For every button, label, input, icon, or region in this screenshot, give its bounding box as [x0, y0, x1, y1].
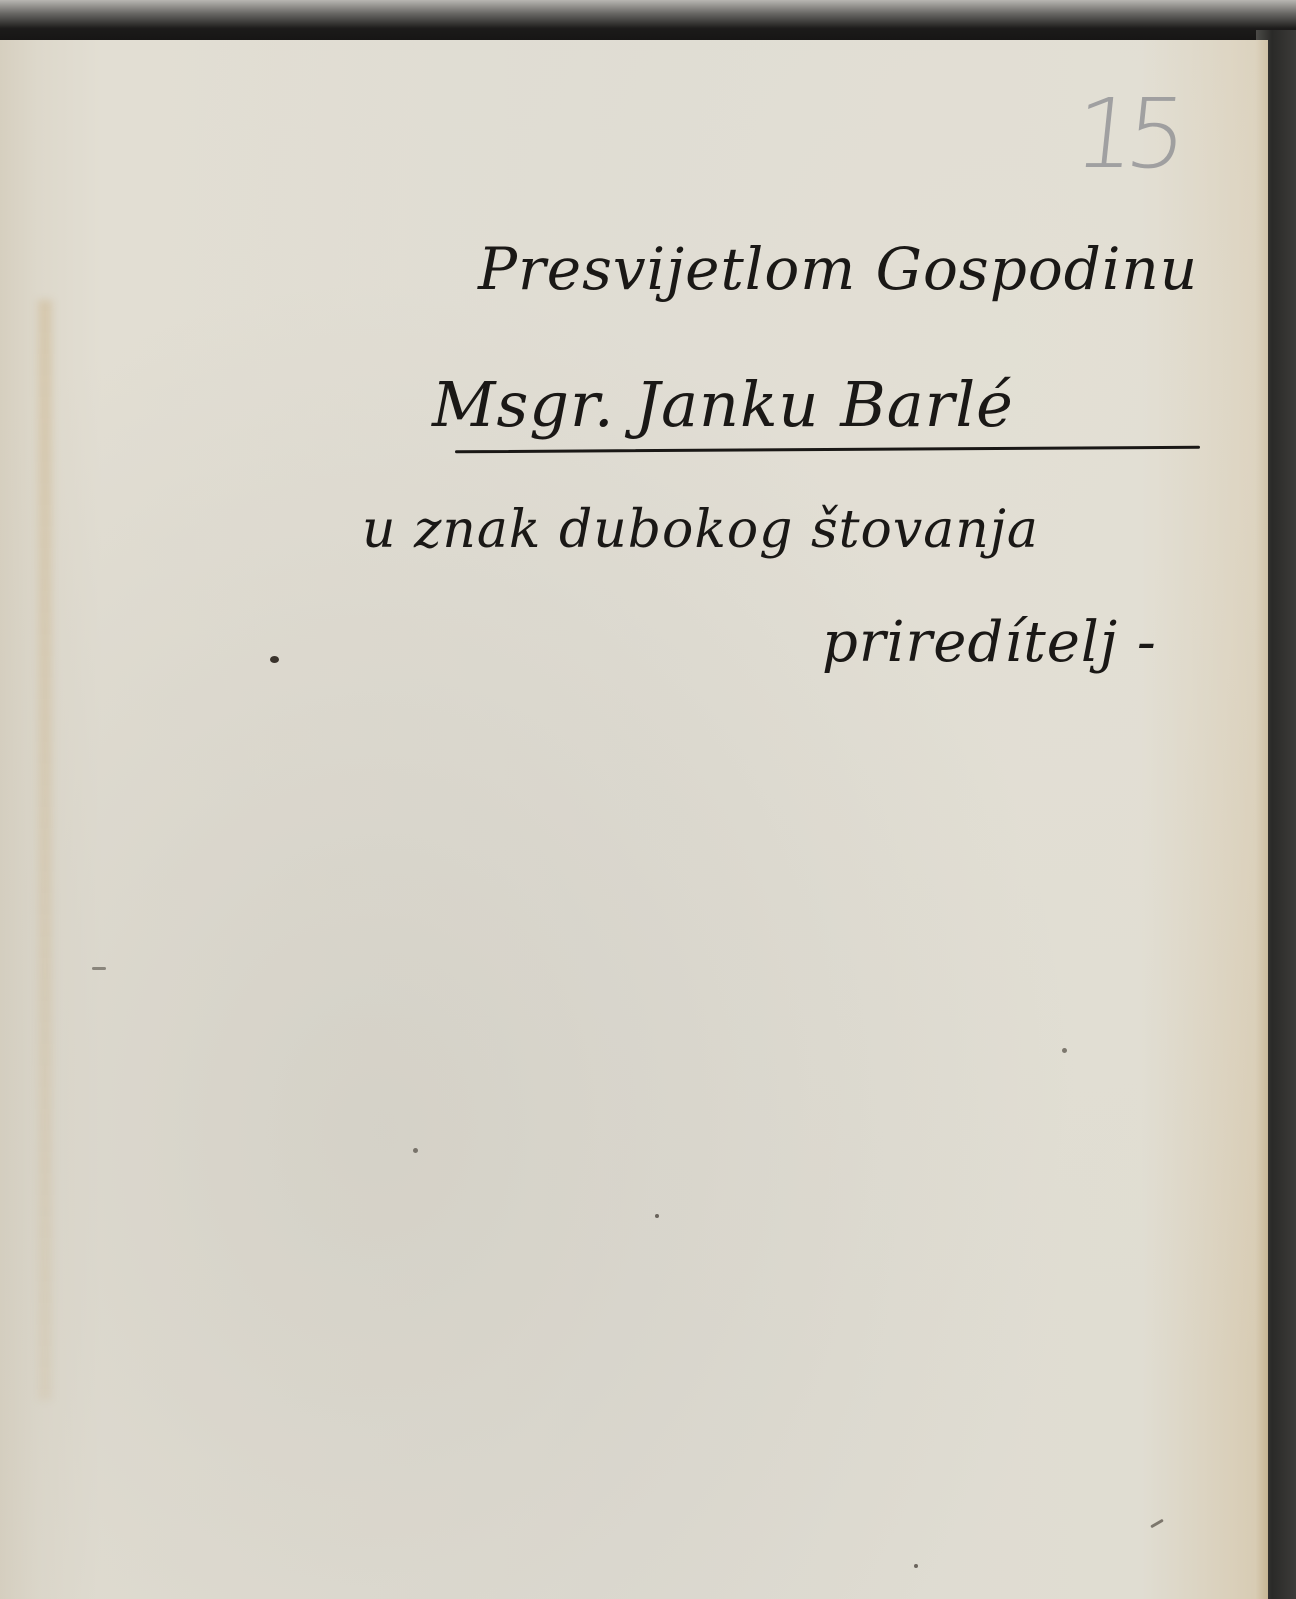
paper-speck: [914, 1564, 918, 1568]
paper-speck: [655, 1214, 659, 1218]
paper-speck: [92, 967, 106, 970]
inscription-line-signature: priredítelj -: [822, 610, 1157, 675]
paper-speck: [413, 1148, 418, 1153]
paper-speck: [1062, 1048, 1067, 1053]
paper-stain: [38, 300, 52, 1400]
book-binding-top: [0, 0, 1296, 44]
paper-speck: [270, 656, 279, 663]
inscription-line-salutation: Presvijetlom Gospodinu: [478, 235, 1198, 303]
pencil-page-number: 15: [1069, 78, 1183, 190]
inscription-line-dedication: u znak dubokog štovanja: [362, 500, 1039, 560]
inscription-line-recipient: Msgr. Janku Barlé: [432, 368, 1014, 441]
